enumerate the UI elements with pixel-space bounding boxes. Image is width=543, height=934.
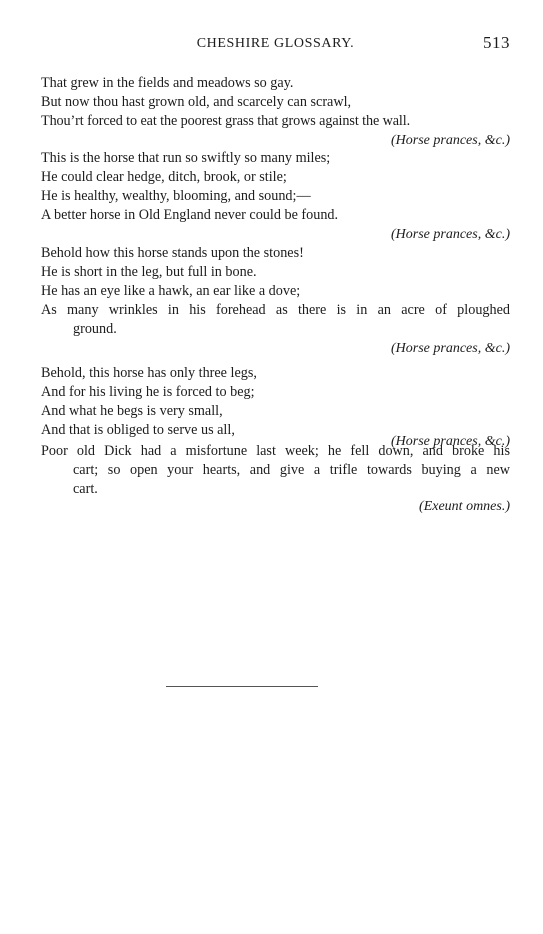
stage-direction: (Horse prances, &c.) bbox=[391, 131, 510, 150]
stage-direction: (Horse prances, &c.) bbox=[391, 339, 510, 358]
verse-line: This is the horse that run so swiftly so… bbox=[41, 149, 510, 168]
verse-line: As many wrinkles in his forehead as ther… bbox=[41, 301, 510, 320]
verse-line: He has an eye like a hawk, an ear like a… bbox=[41, 282, 510, 301]
page-header: CHESHIRE GLOSSARY. 513 bbox=[41, 34, 510, 54]
verse-line: And for his living he is forced to beg; bbox=[41, 383, 510, 402]
book-page: CHESHIRE GLOSSARY. 513 That grew in the … bbox=[0, 0, 543, 934]
stage-direction-exeunt: (Exeunt omnes.) bbox=[419, 497, 510, 516]
verse-line: Thou’rt forced to eat the poorest grass … bbox=[41, 112, 510, 131]
stage-direction: (Horse prances, &c.) bbox=[391, 225, 510, 244]
verse-line: But now thou hast grown old, and scarcel… bbox=[41, 93, 510, 112]
section-divider-rule bbox=[166, 686, 318, 687]
verse-line: Behold how this horse stands upon the st… bbox=[41, 244, 510, 263]
verse-line: He is short in the leg, but full in bone… bbox=[41, 263, 510, 282]
verse-line-continuation: ground. bbox=[73, 320, 510, 339]
verse-line: He could clear hedge, ditch, brook, or s… bbox=[41, 168, 510, 187]
verse-line: That grew in the fields and meadows so g… bbox=[41, 74, 510, 93]
verse-line: A better horse in Old England never coul… bbox=[41, 206, 510, 225]
verse-line: He is healthy, wealthy, blooming, and so… bbox=[41, 187, 510, 206]
prose-line-continuation: cart; so open your hearts, and give a tr… bbox=[73, 461, 510, 480]
running-title: CHESHIRE GLOSSARY. bbox=[41, 34, 510, 54]
page-number: 513 bbox=[483, 32, 510, 54]
verse-line: And what he begs is very small, bbox=[41, 402, 510, 421]
verse-line: Behold, this horse has only three legs, bbox=[41, 364, 510, 383]
prose-line: Poor old Dick had a misfortune last week… bbox=[41, 442, 510, 461]
